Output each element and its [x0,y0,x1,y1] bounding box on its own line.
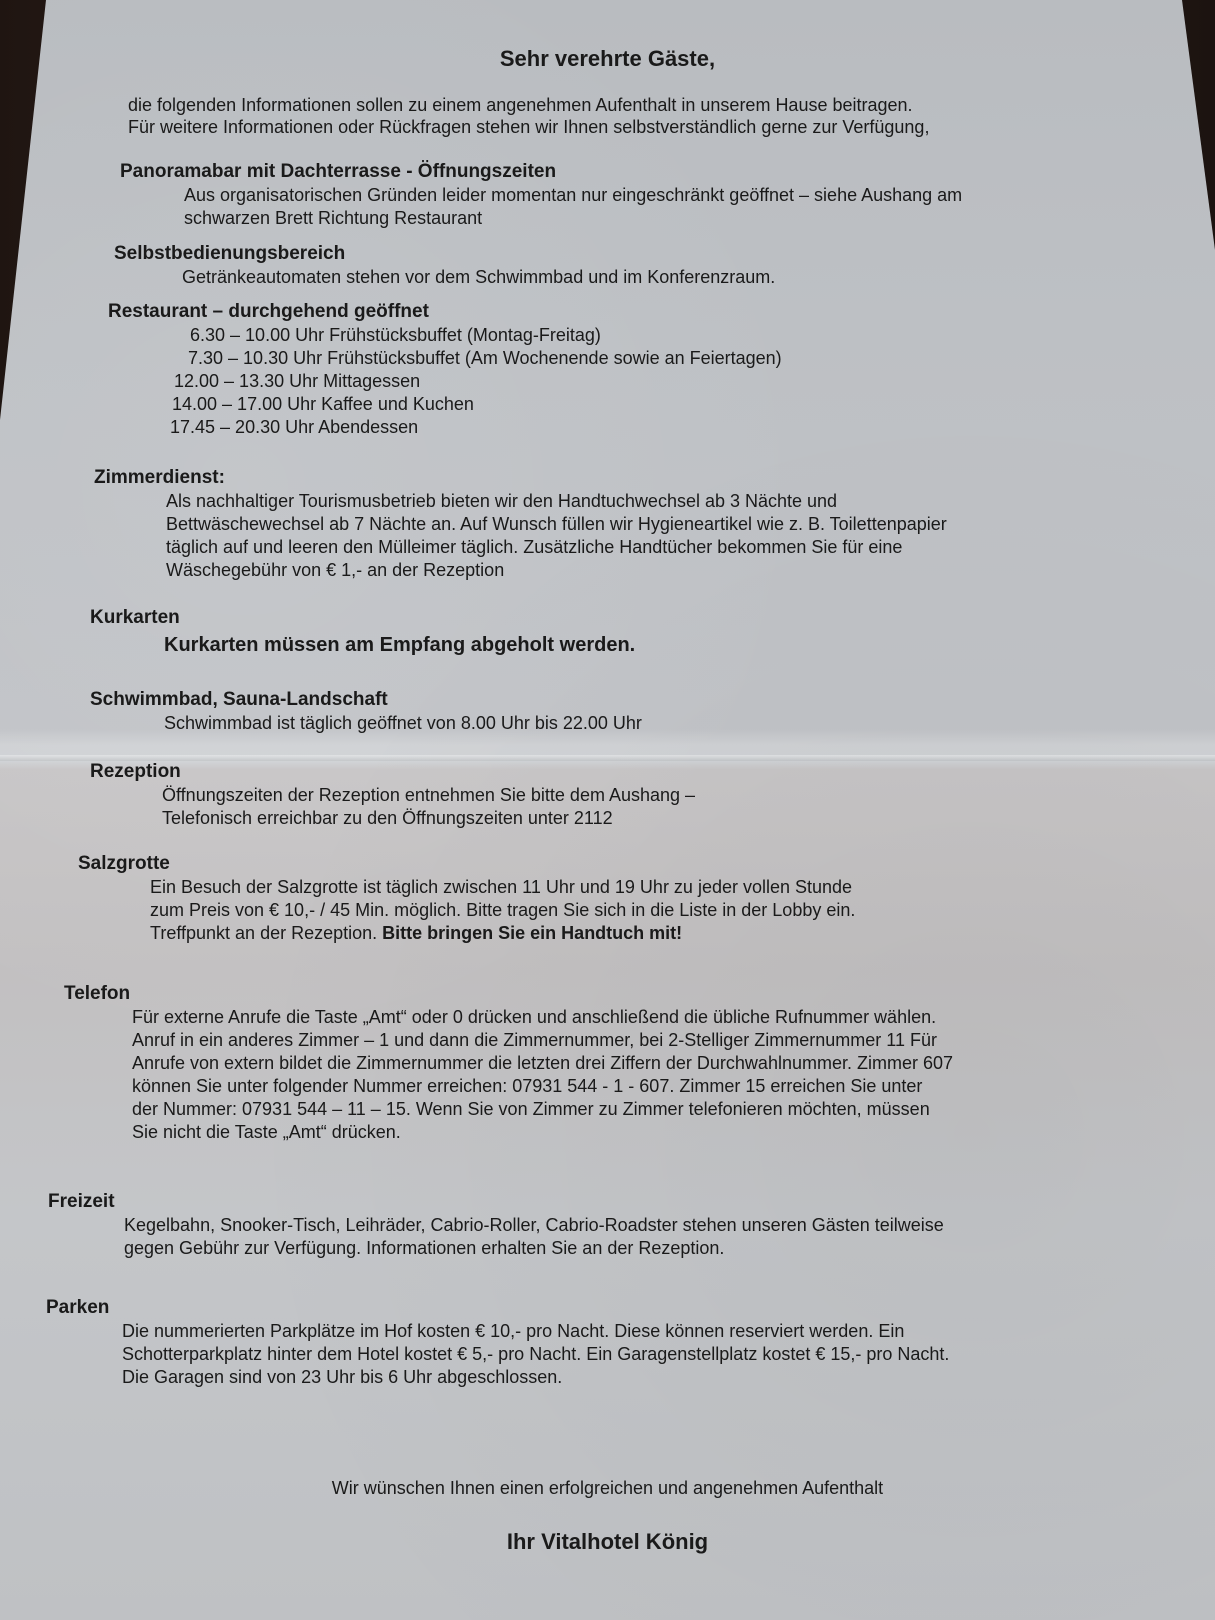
section-line: Öffnungszeiten der Rezeption entnehmen S… [162,784,1110,807]
section-line: Sie nicht die Taste „Amt“ drücken. [132,1121,1134,1144]
section-line: Getränkeautomaten stehen vor dem Schwimm… [182,266,1134,289]
restaurant-hours-line: 17.45 – 20.30 Uhr Abendessen [108,416,1128,439]
section-heading: Parken [46,1296,1126,1320]
guest-information-letter: Sehr verehrte Gäste, die folgenden Infor… [0,0,1215,1620]
section-line: Anrufe von extern bildet die Zimmernumme… [132,1052,1134,1075]
section-heading: Schwimmbad, Sauna-Landschaft [90,688,1110,712]
intro-line: die folgenden Informationen sollen zu ei… [128,94,1108,116]
section-heading: Panoramabar mit Dachterrasse - Öffnungsz… [120,160,1080,184]
section-line: zum Preis von € 10,- / 45 Min. möglich. … [150,899,1098,922]
section-line: Für externe Anrufe die Taste „Amt“ oder … [132,1006,1134,1029]
section-heading: Freizeit [48,1190,1128,1214]
section-heading: Restaurant – durchgehend geöffnet [108,300,1128,324]
section-line: Anruf in ein anderes Zimmer – 1 und dann… [132,1029,1134,1052]
hotel-signature: Ihr Vitalhotel König [0,1531,1215,1553]
section-line: der Nummer: 07931 544 – 11 – 15. Wenn Si… [132,1098,1134,1121]
section-schwimmbad: Schwimmbad, Sauna-Landschaft Schwimmbad … [90,688,1110,735]
section-line: schwarzen Brett Richtung Restaurant [184,207,1080,230]
section-kurkarten: Kurkarten Kurkarten müssen am Empfang ab… [90,606,1110,657]
section-line: Als nachhaltiger Tourismusbetrieb bieten… [166,490,1114,513]
letter-greeting: Sehr verehrte Gäste, [0,48,1215,70]
section-salzgrotte: Salzgrotte Ein Besuch der Salzgrotte ist… [78,852,1098,945]
section-heading: Rezeption [90,760,1110,784]
section-line: Bettwäschewechsel ab 7 Nächte an. Auf Wu… [166,513,1114,536]
section-heading: Telefon [64,982,1134,1006]
section-zimmerdienst: Zimmerdienst: Als nachhaltiger Tourismus… [94,466,1114,582]
section-line: Aus organisatorischen Gründen leider mom… [184,184,1080,207]
intro-line: Für weitere Informationen oder Rückfrage… [128,116,1108,138]
section-line: Schwimmbad ist täglich geöffnet von 8.00… [164,712,1110,735]
section-selbstbedienung: Selbstbedienungsbereich Getränkeautomate… [114,242,1134,289]
section-line: Kegelbahn, Snooker-Tisch, Leihräder, Cab… [124,1214,1128,1237]
section-line: Telefonisch erreichbar zu den Öffnungsze… [162,807,1110,830]
section-line: Treffpunkt an der Rezeption. Bitte bring… [150,922,1098,945]
section-panoramabar: Panoramabar mit Dachterrasse - Öffnungsz… [120,160,1080,230]
section-line: Wäschegebühr von € 1,- an der Rezeption [166,559,1114,582]
towel-reminder: Bitte bringen Sie ein Handtuch mit! [382,923,682,943]
section-line: Die Garagen sind von 23 Uhr bis 6 Uhr ab… [122,1366,1126,1389]
section-line: Ein Besuch der Salzgrotte ist täglich zw… [150,876,1098,899]
restaurant-hours-line: 6.30 – 10.00 Uhr Frühstücksbuffet (Monta… [108,324,1128,347]
section-line: können Sie unter folgender Nummer erreic… [132,1075,1134,1098]
restaurant-hours-line: 14.00 – 17.00 Uhr Kaffee und Kuchen [108,393,1128,416]
section-heading: Salzgrotte [78,852,1098,876]
kurkarten-notice: Kurkarten müssen am Empfang abgeholt wer… [164,634,1110,657]
section-heading: Kurkarten [90,606,1110,630]
section-line: Die nummerierten Parkplätze im Hof koste… [122,1320,1126,1343]
closing-wish: Wir wünschen Ihnen einen erfolgreichen u… [0,1477,1215,1499]
section-telefon: Telefon Für externe Anrufe die Taste „Am… [64,982,1134,1144]
section-heading: Zimmerdienst: [94,466,1114,490]
section-rezeption: Rezeption Öffnungszeiten der Rezeption e… [90,760,1110,830]
section-line: täglich auf und leeren den Mülleimer täg… [166,536,1114,559]
section-line: Schotterparkplatz hinter dem Hotel koste… [122,1343,1126,1366]
restaurant-hours-line: 7.30 – 10.30 Uhr Frühstücksbuffet (Am Wo… [108,347,1128,370]
section-line: gegen Gebühr zur Verfügung. Informatione… [124,1237,1128,1260]
meeting-point: Treffpunkt an der Rezeption. [150,923,377,943]
section-freizeit: Freizeit Kegelbahn, Snooker-Tisch, Leihr… [48,1190,1128,1260]
section-parken: Parken Die nummerierten Parkplätze im Ho… [46,1296,1126,1389]
section-restaurant: Restaurant – durchgehend geöffnet 6.30 –… [108,300,1128,439]
letter-intro: die folgenden Informationen sollen zu ei… [128,94,1108,138]
restaurant-hours-line: 12.00 – 13.30 Uhr Mittagessen [108,370,1128,393]
section-heading: Selbstbedienungsbereich [114,242,1134,266]
